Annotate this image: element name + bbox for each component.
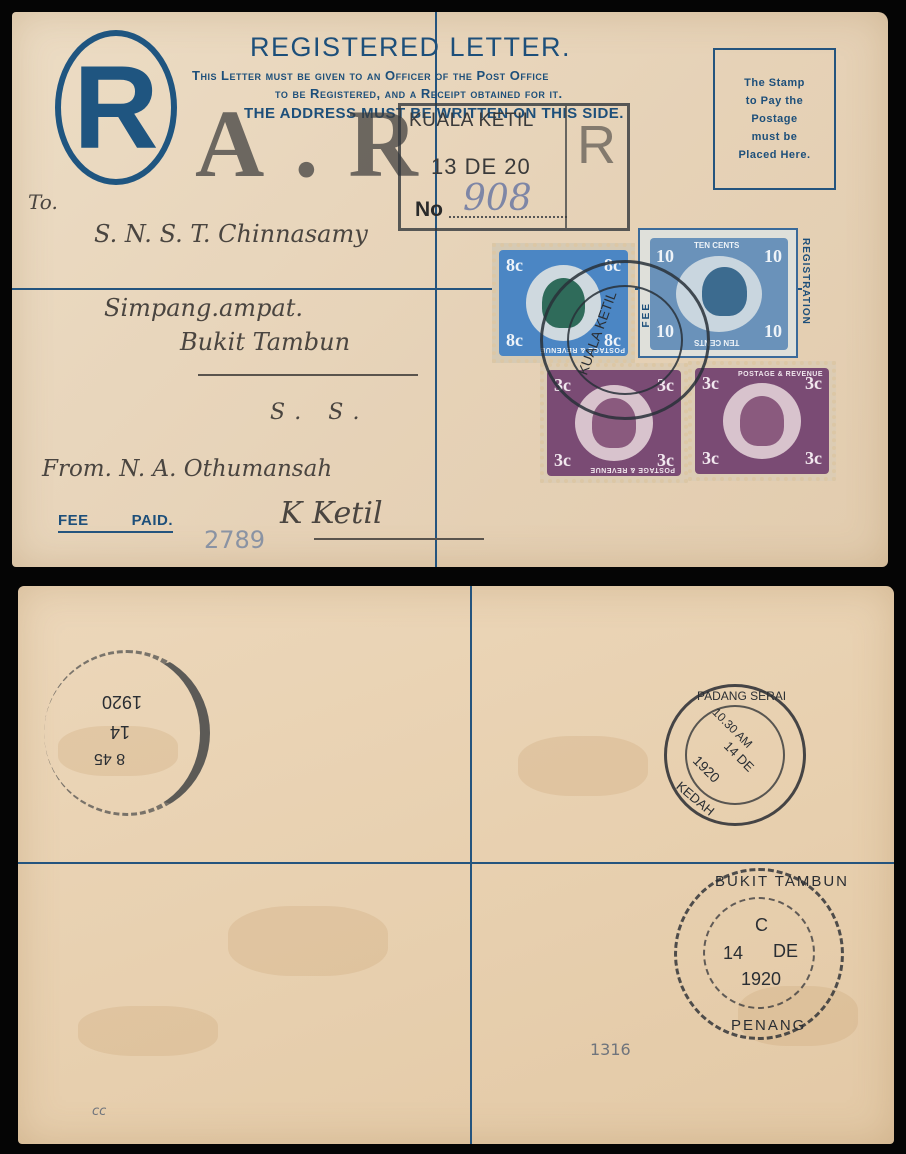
sender-underline bbox=[314, 538, 484, 540]
address-to-prefix: To. bbox=[28, 190, 58, 214]
stamp-value: 10 bbox=[764, 321, 782, 342]
registration-number-prefix: No bbox=[415, 198, 443, 222]
stamp-caption: POSTAGE & REVENUE bbox=[738, 371, 823, 378]
postmark-time: 8 45 bbox=[94, 749, 125, 767]
stamp-box-line: Placed Here. bbox=[738, 149, 810, 161]
stamp-box-line: Postage bbox=[751, 113, 797, 125]
postmark-year: 1920 bbox=[741, 969, 781, 990]
registration-office: KUALA KETIL bbox=[409, 110, 534, 132]
postmark-code: C bbox=[755, 915, 768, 936]
postmark-town: PADANG SERAI bbox=[697, 689, 786, 703]
stamp-box-line: The Stamp bbox=[744, 77, 805, 89]
stamp-box-line: to Pay the bbox=[746, 95, 804, 107]
instruction-line-1: This Letter must be given to an Officer … bbox=[192, 68, 549, 83]
stamp-value: 3c bbox=[554, 450, 571, 471]
postmark-date: 14 bbox=[110, 721, 130, 742]
stamp-value: 3c bbox=[702, 373, 719, 394]
page-title: REGISTERED LETTER. bbox=[250, 32, 571, 63]
postmark-month: DE bbox=[773, 941, 798, 962]
registration-r-mark: R bbox=[577, 114, 616, 176]
address-underline bbox=[198, 374, 418, 376]
registration-number: 908 bbox=[463, 178, 532, 219]
pencil-note: cc bbox=[92, 1104, 106, 1119]
registration-side-text: REGISTRATION bbox=[800, 238, 811, 325]
registered-r-logo: R bbox=[55, 30, 177, 185]
postmark-date: 14 bbox=[723, 943, 743, 964]
stain bbox=[518, 736, 648, 796]
registration-label: KUALA KETIL 13 DE 20 No 908 R bbox=[398, 103, 630, 231]
stamp-value: 3c bbox=[805, 448, 822, 469]
envelope-back: 1920 14 8 45 PADANG SERAI KEDAH 10.30 AM… bbox=[18, 586, 894, 1144]
pencil-note: 2789 bbox=[204, 526, 265, 554]
stain bbox=[228, 906, 388, 976]
stamp-3c-right: 3c 3c 3c 3c POSTAGE & REVENUE bbox=[688, 361, 836, 481]
sender-line: From. N. A. Othumansah bbox=[42, 456, 332, 482]
stamp-caption: POSTAGE & REVENUE bbox=[590, 466, 675, 473]
address-recipient: S. N. S. T. Chinnasamy bbox=[94, 220, 368, 248]
crossing-line-horizontal bbox=[18, 862, 894, 864]
stamp-caption: TEN CENTS bbox=[694, 241, 739, 250]
postmark-town: BUKIT TAMBUN bbox=[715, 873, 849, 890]
sheaf-icon bbox=[702, 267, 746, 316]
address-line-3: S. S. bbox=[270, 400, 370, 425]
envelope-front: R REGISTERED LETTER. This Letter must be… bbox=[12, 12, 888, 567]
stamp-placement-box: The Stamp to Pay the Postage must be Pla… bbox=[713, 48, 836, 190]
stamp-value: 8c bbox=[506, 330, 523, 351]
address-line-2: Bukit Tambun bbox=[180, 328, 350, 356]
postmark-inner-ring bbox=[703, 897, 815, 1009]
label-divider bbox=[565, 106, 567, 228]
pencil-note: 1316 bbox=[590, 1040, 631, 1059]
postmark-state: PENANG bbox=[731, 1017, 806, 1034]
stamp-value: 10 bbox=[764, 246, 782, 267]
sheaf-icon bbox=[740, 396, 785, 445]
padang-serai-postmark: PADANG SERAI KEDAH 10.30 AM 14 DE 1920 bbox=[664, 684, 806, 826]
transit-postmark: 1920 14 8 45 bbox=[44, 650, 210, 816]
registration-date: 13 DE 20 bbox=[431, 154, 531, 180]
fee-text: FEE bbox=[58, 512, 89, 529]
kuala-ketil-cancel-postmark: KUALA KETIL bbox=[540, 260, 710, 420]
fee-paid-label: FEE PAID. bbox=[58, 512, 173, 533]
stamp-box-line: must be bbox=[752, 131, 798, 143]
paid-text: PAID. bbox=[132, 512, 173, 529]
stamp-value: 8c bbox=[506, 255, 523, 276]
stamp-value: 10 bbox=[656, 246, 674, 267]
stain bbox=[78, 1006, 218, 1056]
stamp-value: 3c bbox=[702, 448, 719, 469]
sender-town: K Ketil bbox=[280, 496, 383, 531]
bukit-tambun-postmark: BUKIT TAMBUN PENANG C 14 DE 1920 bbox=[674, 868, 844, 1040]
address-line-1: Simpang.ampat. bbox=[104, 294, 303, 322]
postmark-year: 1920 bbox=[102, 691, 142, 712]
crossing-line-vertical bbox=[470, 586, 472, 1144]
postmark-inner-ring bbox=[567, 285, 683, 395]
